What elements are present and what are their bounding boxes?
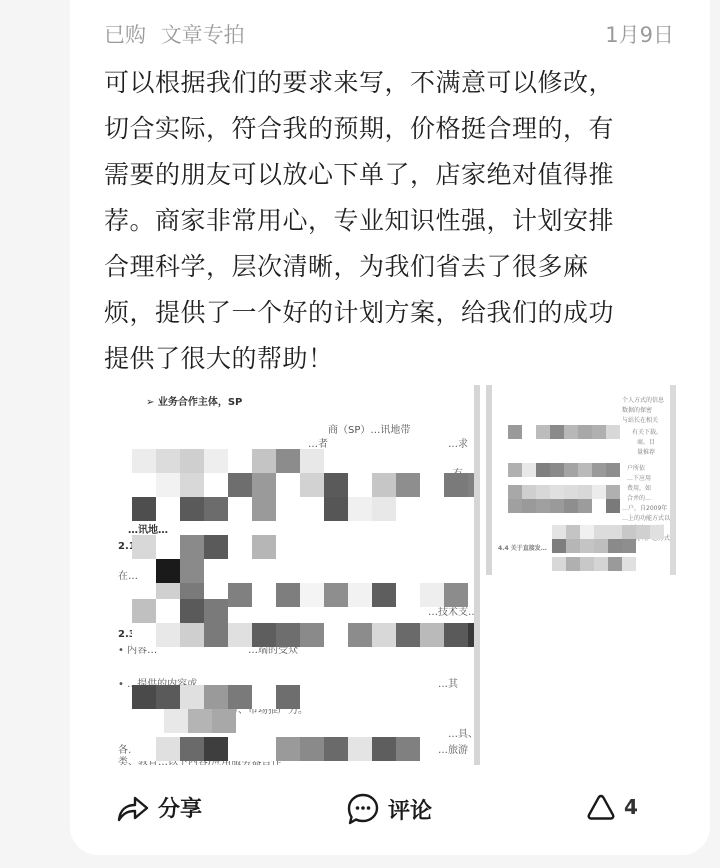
chat-bubble-icon — [346, 792, 380, 826]
doc-text: 合并的… — [627, 493, 651, 502]
doc-text: 商（SP）…讯地带 — [328, 421, 410, 436]
doc-text: …户，自2009年 — [622, 503, 667, 512]
pixel-mosaic — [132, 449, 324, 473]
review-date: 1月9日 — [605, 19, 674, 49]
doc-text: 个人方式的信息 — [622, 395, 664, 404]
review-line: 荐。商家非常用心，专业知识性强，计划安排 — [104, 198, 684, 244]
doc-text: 在… — [118, 567, 138, 582]
doc-text: 数据的保密 — [622, 405, 652, 414]
share-arrow-icon — [116, 793, 150, 823]
pixel-mosaic — [132, 599, 228, 623]
pixel-mosaic — [164, 709, 236, 733]
pixel-mosaic — [552, 557, 636, 571]
review-image-2[interactable]: 个人方式的信息 数据的保密 与站长在相关 有关下载。 商。目 量推荐 户所依 …… — [486, 385, 676, 575]
pixel-mosaic — [156, 559, 204, 583]
share-label: 分享 — [158, 792, 202, 823]
review-header: 已购 文章专拍 1月9日 — [104, 18, 674, 50]
review-line: 烦，提供了一个好的计划方案，给我们的成功 — [104, 290, 684, 336]
pixel-mosaic — [132, 737, 420, 761]
doc-text: …求 — [448, 435, 468, 450]
pixel-mosaic — [132, 623, 480, 647]
review-line: 可以根据我们的要求来写，不满意可以修改， — [104, 60, 684, 106]
review-image-1[interactable]: ➢ 业务合作主体，SP 商（SP）…讯地带 …者 …求 …有 …带 …网的… …… — [108, 385, 480, 765]
review-line: 切合实际，符合我的预期，价格挺合理的，有 — [104, 106, 684, 152]
doc-text: …讯地… — [128, 521, 168, 536]
doc-text: 户所依 — [627, 463, 645, 472]
doc-text: 4.4 关于直接发… — [498, 543, 547, 552]
doc-text: …上的功能方式以 — [622, 513, 670, 522]
review-body: 可以根据我们的要求来写，不满意可以修改， 切合实际，符合我的预期，价格挺合理的，… — [104, 60, 684, 382]
doc-text: …其 — [438, 675, 458, 690]
pixel-mosaic — [132, 535, 276, 559]
doc-text: 量推荐 — [637, 447, 655, 456]
doc-text: …具、 — [448, 725, 478, 740]
purchased-badge: 已购 — [104, 23, 146, 47]
doc-text: 与站长在相关 — [622, 415, 658, 424]
doc-text: …下应用 — [627, 473, 651, 482]
doc-text: ➢ 业务合作主体，SP — [146, 393, 242, 408]
triangle-like-icon — [586, 792, 616, 822]
doc-text: …者 — [308, 435, 328, 450]
doc-text: …旅游 — [438, 741, 468, 756]
pixel-mosaic — [552, 539, 636, 553]
comment-label: 评论 — [388, 794, 432, 825]
action-bar: 分享 评论 4 — [70, 780, 710, 844]
review-line: 提供了很大的帮助！ — [104, 336, 684, 382]
pixel-mosaic — [508, 425, 620, 439]
pixel-mosaic — [508, 485, 620, 499]
doc-text: 有关下载。 — [632, 427, 662, 436]
pixel-mosaic — [132, 497, 396, 521]
like-button[interactable]: 4 — [586, 792, 638, 822]
review-tags: 已购 文章专拍 — [104, 19, 253, 49]
review-line: 需要的朋友可以放心下单了，店家绝对值得推 — [104, 152, 684, 198]
pixel-mosaic — [132, 685, 300, 709]
pixel-mosaic — [508, 499, 620, 513]
doc-text: 费用，如 — [627, 483, 651, 492]
pixel-mosaic — [508, 463, 620, 477]
category-badge: 文章专拍 — [161, 23, 245, 47]
review-line: 合理科学，层次清晰，为我们省去了很多麻 — [104, 244, 684, 290]
comment-button[interactable]: 评论 — [346, 792, 432, 826]
share-button[interactable]: 分享 — [116, 792, 202, 823]
pixel-mosaic — [132, 473, 480, 497]
like-count: 4 — [624, 795, 638, 819]
pixel-mosaic — [552, 525, 664, 539]
doc-text: 商。目 — [637, 437, 655, 446]
